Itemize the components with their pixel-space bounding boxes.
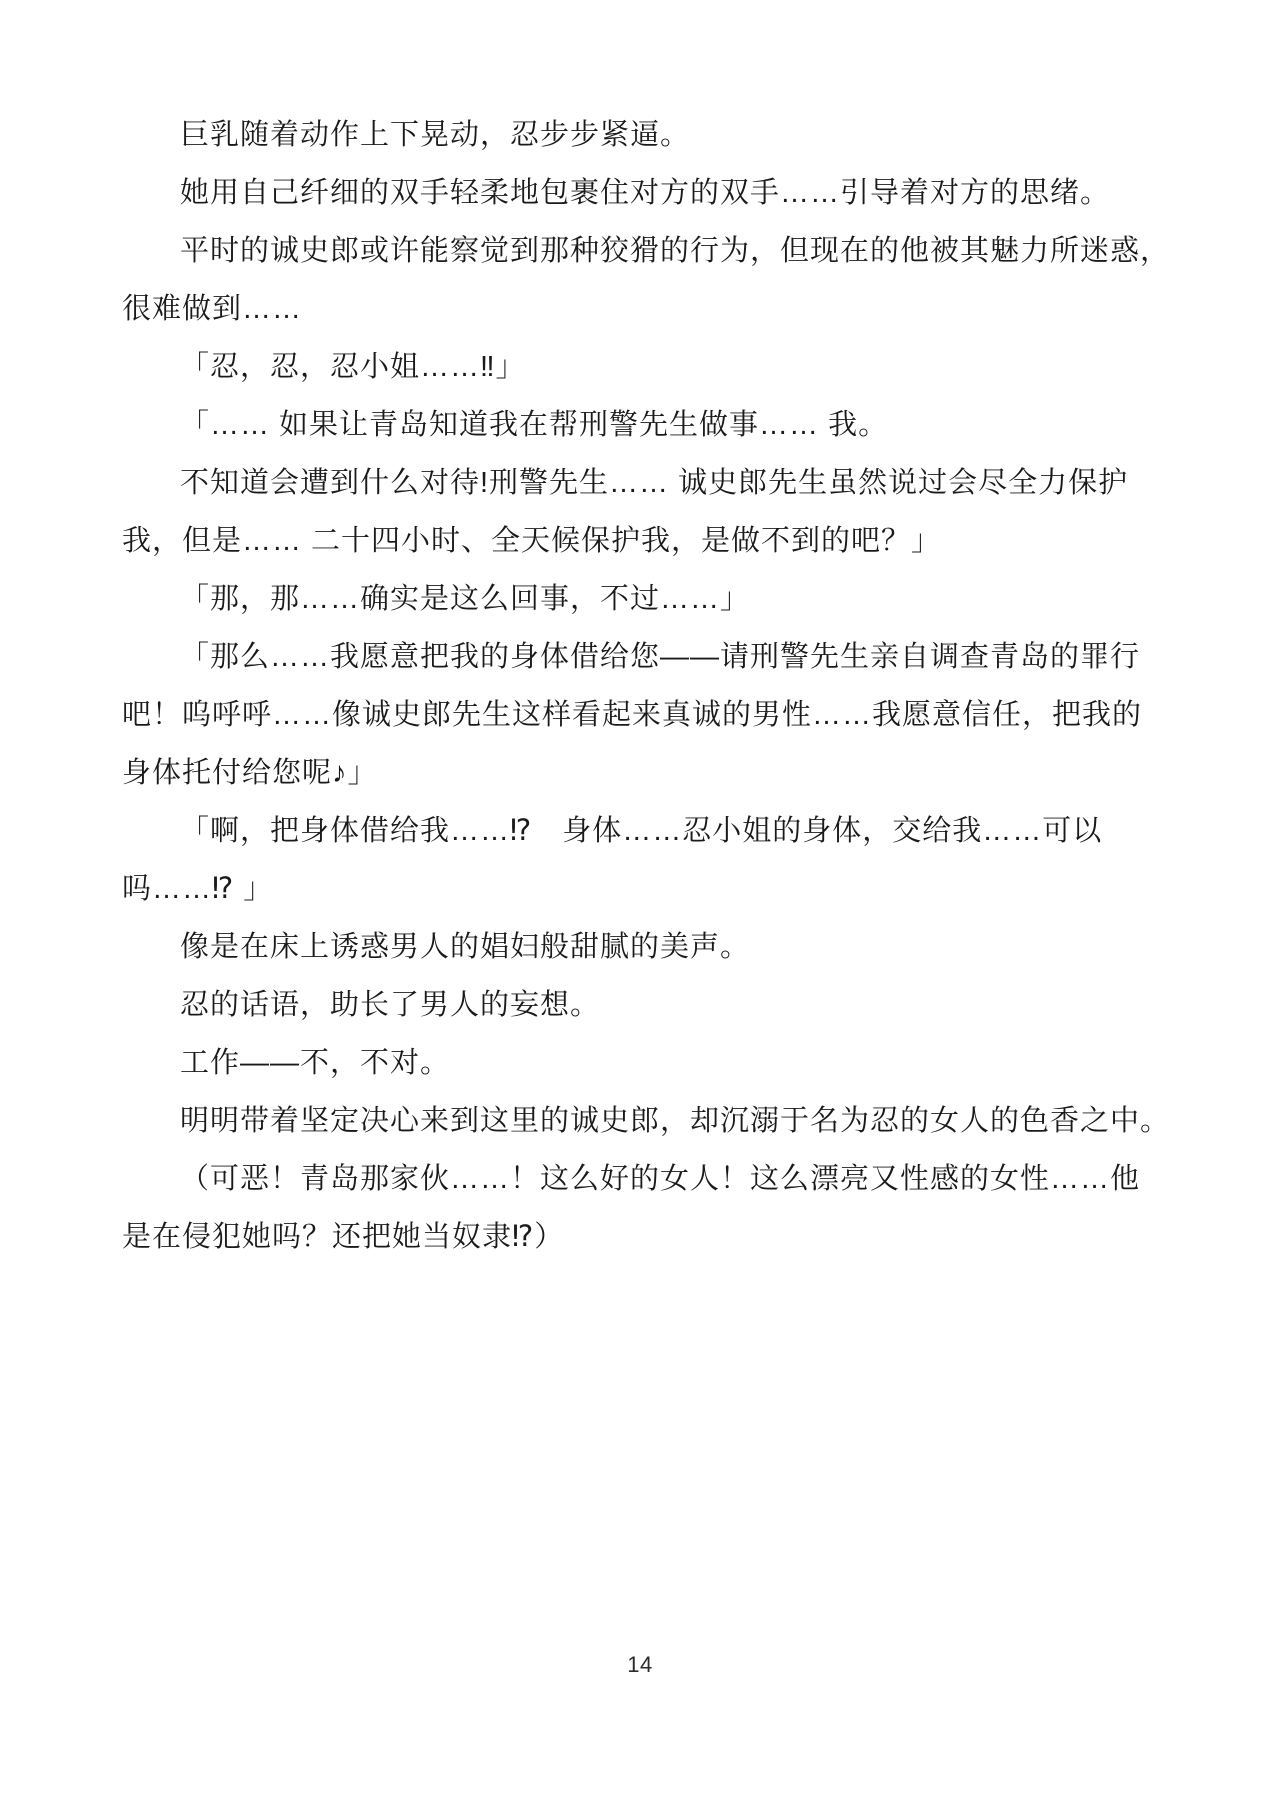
text-line: 不知道会遭到什么对待!刑警先生…… 诚史郎先生虽然说过会尽全力保护: [122, 454, 1178, 512]
text-line: 工作——不，不对。: [122, 1034, 1178, 1092]
text-line: 吗……⁉ 」: [122, 860, 1178, 918]
text-line: 身体托付给您呢♪」: [122, 744, 1178, 802]
text-line: 很难做到……: [122, 280, 1178, 338]
text-line: 「…… 如果让青岛知道我在帮刑警先生做事…… 我。: [122, 396, 1178, 454]
text-line: 「忍，忍，忍小姐……‼」: [122, 338, 1178, 396]
text-line: 「啊，把身体借给我……⁉ 身体……忍小姐的身体，交给我……可以: [122, 802, 1178, 860]
text-line: 她用自己纤细的双手轻柔地包裹住对方的双手……引导着对方的思绪。: [122, 164, 1178, 222]
text-line: 吧！呜呼呼……像诚史郎先生这样看起来真诚的男性……我愿意信任，把我的: [122, 686, 1178, 744]
body-text: 巨乳随着动作上下晃动，忍步步紧逼。她用自己纤细的双手轻柔地包裹住对方的双手……引…: [122, 106, 1178, 1266]
text-line: （可恶！青岛那家伙……！这么好的女人！这么漂亮又性感的女性……他: [122, 1150, 1178, 1208]
text-line: 「那么……我愿意把我的身体借给您——请刑警先生亲自调查青岛的罪行: [122, 628, 1178, 686]
page-number: 14: [0, 1652, 1280, 1678]
text-line: 是在侵犯她吗？还把她当奴隶⁉）: [122, 1208, 1178, 1266]
text-line: 平时的诚史郎或许能察觉到那种狡猾的行为，但现在的他被其魅力所迷惑，: [122, 222, 1178, 280]
document-page: 巨乳随着动作上下晃动，忍步步紧逼。她用自己纤细的双手轻柔地包裹住对方的双手……引…: [0, 0, 1280, 1810]
text-line: 忍的话语，助长了男人的妄想。: [122, 976, 1178, 1034]
text-line: 像是在床上诱惑男人的娼妇般甜腻的美声。: [122, 918, 1178, 976]
text-line: 我，但是…… 二十四小时、全天候保护我，是做不到的吧？」: [122, 512, 1178, 570]
text-line: 明明带着坚定决心来到这里的诚史郎，却沉溺于名为忍的女人的色香之中。: [122, 1092, 1178, 1150]
text-line: 「那，那……确实是这么回事，不过……」: [122, 570, 1178, 628]
text-line: 巨乳随着动作上下晃动，忍步步紧逼。: [122, 106, 1178, 164]
